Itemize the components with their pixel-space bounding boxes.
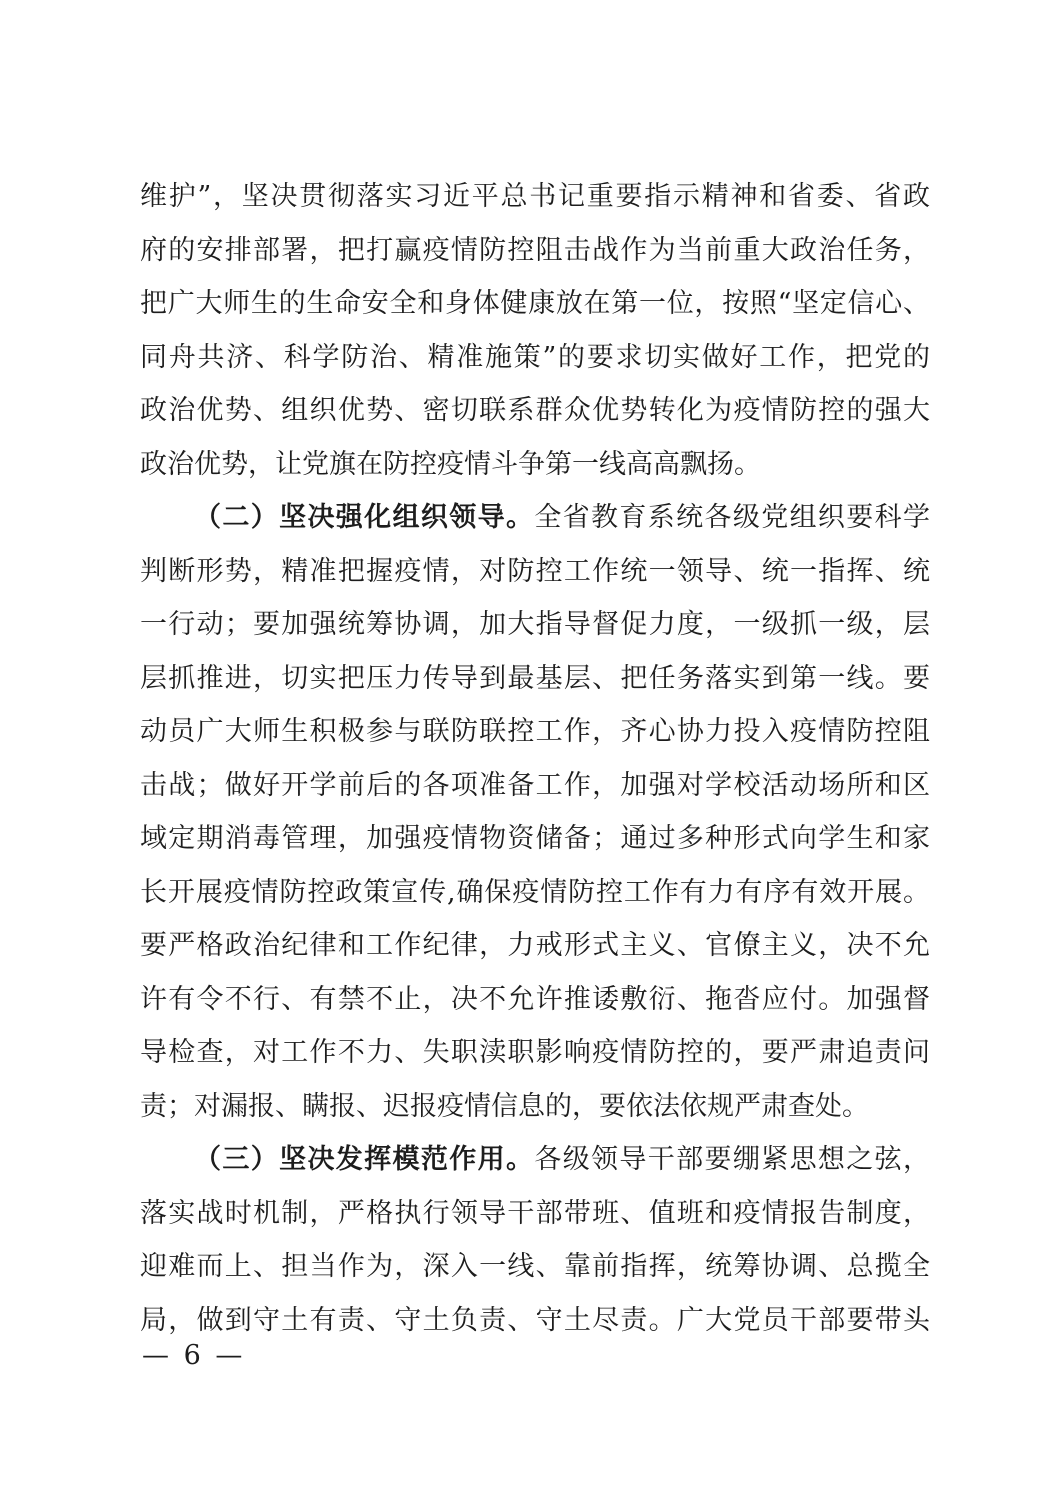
text-line: 要严格政治纪律和工作纪律，力戒形式主义、官僚主义，决不允 [140, 919, 930, 973]
document-page: 维护”，坚决贯彻落实习近平总书记重要指示精神和省委、省政府的安排部署，把打赢疫情… [0, 0, 1060, 1500]
text-segment: 局，做到守土有责、守土负责、守土尽责。广大党员干部要带头 [140, 1305, 930, 1336]
text-segment: 层抓推进，切实把压力传导到最基层、把任务落实到第一线。要 [140, 663, 930, 694]
text-segment: 府的安排部署，把打赢疫情防控阻击战作为当前重大政治任务， [140, 235, 930, 266]
text-segment: 导检查，对工作不力、失职渎职影响疫情防控的，要严肃追责问 [140, 1037, 930, 1068]
text-line: （三）坚决发挥模范作用。各级领导干部要绷紧思想之弦， [140, 1133, 930, 1187]
text-line: 击战；做好开学前后的各项准备工作，加强对学校活动场所和区 [140, 759, 930, 813]
text-line: 域定期消毒管理，加强疫情物资储备；通过多种形式向学生和家 [140, 812, 930, 866]
text-segment: 政治优势，让党旗在防控疫情斗争第一线高高飘扬。 [140, 449, 761, 480]
text-segment: 长开展疫情防控政策宣传,确保疫情防控工作有力有序有效开展。 [140, 877, 930, 908]
text-line: 把广大师生的生命安全和身体健康放在第一位，按照“坚定信心、 [140, 277, 930, 331]
text-segment: 维护”，坚决贯彻落实习近平总书记重要指示精神和省委、省政 [140, 181, 930, 212]
text-line: 政治优势，让党旗在防控疫情斗争第一线高高飘扬。 [140, 438, 930, 492]
document-body: 维护”，坚决贯彻落实习近平总书记重要指示精神和省委、省政府的安排部署，把打赢疫情… [140, 170, 930, 1347]
text-segment: 域定期消毒管理，加强疫情物资储备；通过多种形式向学生和家 [140, 823, 930, 854]
text-segment: 许有令不行、有禁不止，决不允许推诿敷衍、拖沓应付。加强督 [140, 984, 930, 1015]
text-segment: 迎难而上、担当作为，深入一线、靠前指挥，统筹协调、总揽全 [140, 1251, 930, 1282]
text-line: 动员广大师生积极参与联防联控工作，齐心协力投入疫情防控阻 [140, 705, 930, 759]
text-line: 迎难而上、担当作为，深入一线、靠前指挥，统筹协调、总揽全 [140, 1240, 930, 1294]
text-line: 层抓推进，切实把压力传导到最基层、把任务落实到第一线。要 [140, 652, 930, 706]
text-line: 府的安排部署，把打赢疫情防控阻击战作为当前重大政治任务， [140, 224, 930, 278]
page-number: — 6 — [142, 1336, 245, 1376]
text-line: 责；对漏报、瞒报、迟报疫情信息的，要依法依规严肃查处。 [140, 1080, 930, 1134]
text-line: 局，做到守土有责、守土负责、守土尽责。广大党员干部要带头 [140, 1294, 930, 1348]
paragraph-continuation: 维护”，坚决贯彻落实习近平总书记重要指示精神和省委、省政府的安排部署，把打赢疫情… [140, 170, 930, 491]
text-segment: 击战；做好开学前后的各项准备工作，加强对学校活动场所和区 [140, 770, 930, 801]
text-segment: 落实战时机制，严格执行领导干部带班、值班和疫情报告制度， [140, 1198, 930, 1229]
text-segment: 政治优势、组织优势、密切联系群众优势转化为疫情防控的强大 [140, 395, 930, 426]
text-line: 落实战时机制，严格执行领导干部带班、值班和疫情报告制度， [140, 1187, 930, 1241]
text-line: 政治优势、组织优势、密切联系群众优势转化为疫情防控的强大 [140, 384, 930, 438]
text-segment: 同舟共济、科学防治、精准施策”的要求切实做好工作，把党的 [140, 342, 930, 373]
text-line: 导检查，对工作不力、失职渎职影响疫情防控的，要严肃追责问 [140, 1026, 930, 1080]
paragraph-section-two: （二）坚决强化组织领导。全省教育系统各级党组织要科学判断形势，精准把握疫情，对防… [140, 491, 930, 1133]
paragraph-section-three: （三）坚决发挥模范作用。各级领导干部要绷紧思想之弦，落实战时机制，严格执行领导干… [140, 1133, 930, 1347]
text-line: （二）坚决强化组织领导。全省教育系统各级党组织要科学 [140, 491, 930, 545]
text-segment: 把广大师生的生命安全和身体健康放在第一位，按照“坚定信心、 [140, 288, 930, 319]
text-segment: 要严格政治纪律和工作纪律，力戒形式主义、官僚主义，决不允 [140, 930, 930, 961]
text-line: 许有令不行、有禁不止，决不允许推诿敷衍、拖沓应付。加强督 [140, 973, 930, 1027]
text-line: 一行动；要加强统筹协调，加大指导督促力度，一级抓一级，层 [140, 598, 930, 652]
section-heading-text: （三）坚决发挥模范作用。 [194, 1144, 534, 1175]
text-segment: 全省教育系统各级党组织要科学 [534, 502, 930, 533]
section-heading-text: （二）坚决强化组织领导。 [194, 502, 534, 533]
text-segment: 一行动；要加强统筹协调，加大指导督促力度，一级抓一级，层 [140, 609, 930, 640]
text-segment: 判断形势，精准把握疫情，对防控工作统一领导、统一指挥、统 [140, 556, 930, 587]
text-segment: 动员广大师生积极参与联防联控工作，齐心协力投入疫情防控阻 [140, 716, 930, 747]
text-line: 同舟共济、科学防治、精准施策”的要求切实做好工作，把党的 [140, 331, 930, 385]
text-line: 维护”，坚决贯彻落实习近平总书记重要指示精神和省委、省政 [140, 170, 930, 224]
text-segment: 责；对漏报、瞒报、迟报疫情信息的，要依法依规严肃查处。 [140, 1091, 869, 1122]
text-segment: 各级领导干部要绷紧思想之弦， [534, 1144, 930, 1175]
text-line: 判断形势，精准把握疫情，对防控工作统一领导、统一指挥、统 [140, 545, 930, 599]
text-line: 长开展疫情防控政策宣传,确保疫情防控工作有力有序有效开展。 [140, 866, 930, 920]
